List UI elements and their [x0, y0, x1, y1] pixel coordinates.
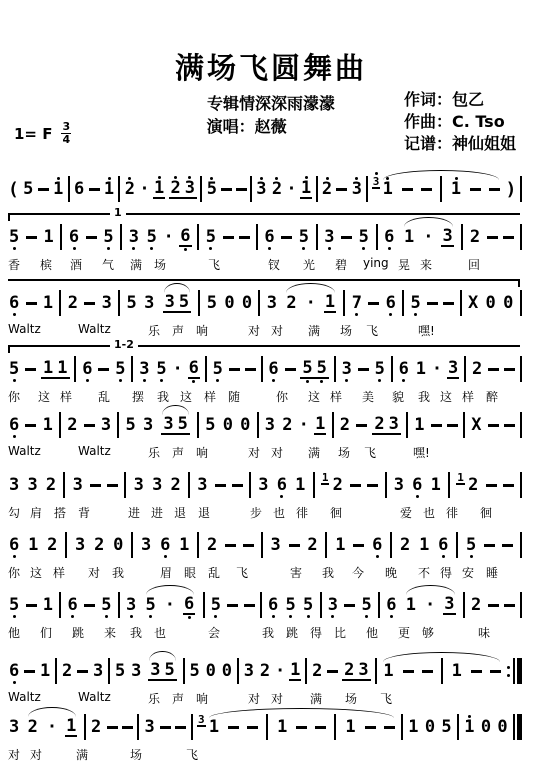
note-digit: 1 [300, 180, 312, 199]
note-token: 3 [264, 412, 276, 439]
note-token: 2 [61, 658, 73, 685]
barline [313, 472, 315, 498]
note-digit: 5 [298, 229, 310, 246]
note-token: 2 [46, 532, 58, 559]
duration-dash [486, 484, 497, 487]
augmentation-dot: · [47, 717, 57, 737]
duration-dash [90, 484, 101, 487]
note-token: 2 [470, 592, 482, 619]
octave-dot-below [13, 614, 16, 619]
octave-dot-below [119, 378, 122, 383]
lyric-syllable: 也 [423, 504, 435, 521]
lyric-syllable: 眼 [184, 564, 196, 581]
duration-dash [503, 236, 514, 239]
duration-dash [239, 236, 250, 239]
lyric-syllable: 样 [204, 388, 216, 405]
lyric-syllable: 对 [248, 690, 260, 707]
note-digit: 3 [327, 597, 339, 614]
lyric-syllable: 响 [196, 322, 208, 339]
octave-dot-below [470, 554, 473, 559]
song-title: 满场飞圆舞曲 [0, 46, 542, 87]
note-token: 1 [153, 175, 165, 204]
duration-dash [488, 368, 499, 371]
note-token: 1 [42, 412, 54, 439]
note-token: 3 [323, 224, 335, 251]
barline [60, 224, 62, 250]
duration-dash [225, 544, 236, 547]
augmentation-dot: · [306, 293, 316, 313]
note-token: 5 [212, 356, 224, 383]
lyric-syllable: 乐 [148, 322, 160, 339]
barline [260, 592, 262, 618]
lyric-syllable: 场 [340, 322, 352, 339]
note-digit: 1 [463, 719, 475, 736]
note-digit: 2 [306, 537, 318, 554]
barline [197, 532, 199, 558]
music-score: (51612·123532·123311)1516535·65653561·32… [8, 172, 522, 764]
duration-dash [227, 604, 238, 607]
lyric-syllable: 退 [198, 504, 210, 521]
lyrics-row: WaltzWaltz乐声响对对满场飞嘿! [8, 442, 522, 462]
notes-row: 5116535·656553561·32 [8, 352, 522, 386]
duration-dash [336, 188, 347, 191]
barline [332, 412, 334, 438]
note-token: 0 [112, 532, 124, 559]
score-line: 1516535·65653561·32香槟酒气满场飞钗光碧ying晃来回 [8, 210, 522, 274]
note-token: 0 [480, 714, 492, 741]
note-token: 6 [67, 592, 79, 619]
beam-group: 23 [342, 657, 371, 686]
barline [520, 472, 522, 498]
octave-dot-below [390, 614, 393, 619]
note-digit: 0 [480, 719, 492, 736]
note-digit: 0 [485, 295, 497, 312]
lyrics-row: 你这样对我眉眼乱飞害我今晚不得安睡 [8, 562, 522, 582]
note-token: 1 [208, 714, 220, 741]
note-token: 3 [130, 658, 142, 685]
notes-row: 516535·656553561·32 [8, 588, 522, 622]
note-digit: 1 [382, 663, 394, 680]
note-token: 2 [170, 472, 182, 499]
lyric-syllable: 得 [310, 624, 322, 641]
lyric-syllable: 徊 [330, 504, 342, 521]
duration-dash [84, 302, 95, 305]
note-token: 6 [68, 224, 80, 251]
lyric-syllable: 声 [172, 444, 184, 461]
lyrics-row: WaltzWaltz乐声响对对满场飞嘿! [8, 320, 522, 340]
lyric-syllable: 进 [151, 504, 163, 521]
note-token: 1 [407, 714, 419, 741]
duration-dash [25, 368, 36, 371]
note-digit: 5 [361, 597, 373, 614]
lyric-syllable: 响 [196, 690, 208, 707]
duration-dash [503, 484, 514, 487]
barline [440, 176, 442, 202]
octave-dot-below [13, 312, 16, 317]
note-token: 1 [300, 175, 312, 204]
lyric-syllable: 得 [440, 564, 452, 581]
note-digit: 3 [74, 537, 86, 554]
lyric-syllable: 满 [308, 444, 320, 461]
note-token: 2 [45, 472, 57, 499]
note-digit: 2 [124, 181, 136, 198]
barline [237, 658, 239, 684]
note-token: 3 [143, 290, 155, 317]
lyric-syllable: 这 [440, 388, 452, 405]
lyric-syllable: 飞 [380, 690, 392, 707]
note-token: 3 [387, 411, 401, 440]
lyric-syllable: 你 [8, 564, 20, 581]
note-digit: 5 [206, 181, 218, 198]
note-token: 1 [178, 532, 190, 559]
octave-dot-below [378, 378, 381, 383]
time-denominator: 4 [62, 134, 70, 146]
note-token: 1 [42, 592, 54, 619]
barline [261, 532, 263, 558]
score-line: 1-25116535·656553561·32你这样乱摆我这样随你这样美貌我这样… [8, 342, 522, 406]
duration-dash [384, 726, 395, 729]
note-digit: 6 [371, 537, 383, 554]
note-digit: 5 [300, 360, 314, 379]
note-digit: 3 [196, 477, 208, 494]
thick-barline [517, 714, 522, 740]
note-digit: 1 [208, 719, 220, 736]
note-digit: 5 [440, 719, 452, 736]
note-digit: 3 [133, 477, 145, 494]
barline [59, 412, 61, 438]
note-token: 5 [205, 224, 217, 251]
note-digit: 3 [341, 361, 353, 378]
duration-dash [487, 236, 498, 239]
duration-dash [296, 726, 307, 729]
note-token: 2 [471, 356, 483, 383]
note-token: 6 [437, 532, 449, 559]
augmentation-dot: · [423, 227, 433, 247]
octave-dot-below [160, 378, 163, 383]
duration-dash [341, 236, 352, 239]
note-token: 5 [100, 592, 112, 619]
lyric-syllable: 飞 [366, 322, 378, 339]
barline [197, 412, 199, 438]
lyric-syllable: Waltz [78, 444, 111, 458]
barline [63, 472, 65, 498]
note-token: 1 [382, 176, 394, 203]
duration-dash [488, 604, 499, 607]
barline [84, 714, 86, 740]
note-digit: 2 [285, 295, 297, 312]
octave-dot-below [71, 614, 74, 619]
note-digit: 5 [146, 229, 158, 246]
lyric-syllable: 场 [338, 444, 350, 461]
duration-dash [281, 236, 292, 239]
tie-slur-group: 2·1 [25, 713, 80, 742]
note-digit: 6 [276, 477, 288, 494]
barline [131, 532, 133, 558]
note-digit: 2 [27, 719, 39, 736]
octave-dot-below [216, 378, 219, 383]
note-digit: 1 [65, 718, 77, 737]
note-digit: 1 [321, 472, 330, 485]
octave-dot-below [414, 312, 417, 317]
note-token: 5 [409, 290, 421, 317]
note-token: 5 [210, 592, 222, 619]
duration-dash [26, 604, 37, 607]
augmentation-dot: · [275, 661, 285, 681]
note-digit: 1 [430, 477, 442, 494]
note-token: 1 [344, 714, 356, 741]
lyric-syllable: 样 [330, 388, 342, 405]
duration-dash [421, 188, 432, 191]
duration-dash [488, 424, 499, 427]
note-token: 5 [374, 356, 386, 383]
barline [266, 714, 268, 740]
lyric-syllable: 会 [208, 624, 220, 641]
note-digit: 5 [315, 360, 329, 379]
note-digit: 5 [8, 361, 20, 378]
note-token: 3 [351, 176, 363, 203]
grace-note: 1 [456, 467, 465, 490]
beam-group: 55 [300, 355, 329, 384]
lyric-syllable: 对 [271, 322, 283, 339]
tie-slur-group: 1·3 [401, 223, 456, 252]
lyric-syllable: 今 [352, 564, 364, 581]
note-digit: 1 [418, 537, 430, 554]
octave-dot-below [105, 614, 108, 619]
time-signature: 3 4 [61, 121, 71, 146]
duration-dash [77, 670, 88, 673]
note-digit: 0 [205, 663, 217, 680]
note-digit: 3 [183, 180, 197, 199]
duration-dash [353, 544, 364, 547]
augmentation-dot: · [165, 595, 175, 615]
beam-group: 23 [372, 411, 401, 440]
score-line: 32·1233111105100对对满场飞 [8, 710, 522, 764]
octave-dot-below [362, 246, 365, 251]
duration-dash [504, 368, 515, 371]
lyric-syllable: 比 [334, 624, 346, 641]
barline [183, 658, 185, 684]
note-digit: 6 [8, 663, 20, 680]
barline [456, 532, 458, 558]
lyric-syllable: 也 [273, 504, 285, 521]
lyric-syllable: 样 [462, 388, 474, 405]
note-digit: 6 [159, 537, 171, 554]
score-line: 516535·656553561·32他们跳来我也会我跳得比他更够味 [8, 588, 522, 642]
note-digit: 7 [351, 295, 363, 312]
note-token: 5 [315, 355, 329, 384]
octave-dot-below [442, 554, 445, 559]
note-token: 0 [205, 658, 217, 685]
note-digit: 6 [73, 181, 85, 198]
lyric-syllable: 对 [271, 444, 283, 461]
duration-dash [504, 604, 515, 607]
note-digit: 2 [169, 180, 183, 199]
duration-dash [315, 726, 326, 729]
note-digit: 5 [189, 663, 201, 680]
note-digit: 2 [399, 537, 411, 554]
lyric-syllable: 晃 [398, 256, 410, 273]
note-token: 1 [39, 658, 51, 685]
note-token: 6 [276, 472, 288, 499]
key-time-signature: 1= F 3 4 [14, 121, 71, 146]
duration-dash [84, 604, 95, 607]
barline [520, 532, 522, 558]
note-digit: 3 [441, 228, 453, 247]
octave-dot-below [13, 554, 16, 559]
volta-bracket-line [8, 279, 520, 287]
note-digit: 3 [447, 360, 459, 379]
note-digit: 3 [161, 416, 175, 435]
note-digit: 5 [204, 417, 216, 434]
octave-dot-below [302, 246, 305, 251]
beam-group: 35 [148, 657, 177, 686]
octave-dot-below [376, 554, 379, 559]
lyrics-row: 香槟酒气满场飞钗光碧ying晃来回 [8, 254, 522, 274]
lyric-syllable: 飞 [364, 444, 376, 461]
lyric-syllable: 这 [30, 564, 42, 581]
note-token: 6 [188, 355, 200, 384]
note-digit: 6 [398, 361, 410, 378]
lyric-syllable: 对 [30, 746, 42, 763]
note-digit: 6 [183, 596, 195, 615]
lyric-syllable: 场 [154, 256, 166, 273]
duration-dash [471, 670, 482, 673]
note-digit: 3 [257, 477, 269, 494]
volta-label: 1-2 [110, 339, 138, 351]
octave-dot-below [214, 614, 217, 619]
octave-dot-below [388, 246, 391, 251]
note-token: 2 [259, 658, 271, 685]
note-digit: 6 [385, 597, 397, 614]
note-digit: 6 [383, 229, 395, 246]
octave-dot-below [389, 312, 392, 317]
note-token: 6 [385, 592, 397, 619]
parenthesis: ) [505, 179, 516, 200]
octave-dot-below [192, 379, 195, 384]
barline [320, 592, 322, 618]
note-token: 3 [143, 714, 155, 741]
lyric-syllable: 嘿! [413, 444, 430, 461]
note-digit: 1 [103, 181, 115, 198]
note-digit: 1 [415, 361, 427, 378]
note-digit: 1 [405, 597, 417, 614]
duration-dash [402, 188, 413, 191]
octave-dot-below [13, 246, 16, 251]
volta-bracket: 1 [8, 210, 522, 220]
augmentation-dot: · [139, 179, 149, 199]
octave-dot-below [320, 379, 323, 384]
octave-dot-below [132, 246, 135, 251]
note-digit: 3 [125, 597, 137, 614]
note-token: 5 [8, 356, 20, 383]
augmentation-dot: · [173, 359, 183, 379]
note-token: 5 [206, 176, 218, 203]
augmentation-dot: · [432, 359, 442, 379]
note-digit: 1 [178, 537, 190, 554]
lyric-syllable: 这 [180, 388, 192, 405]
note-token: 3 [128, 224, 140, 251]
note-digit: 3 [323, 229, 335, 246]
note-digit: 1 [39, 663, 51, 680]
note-digit: 5 [163, 662, 177, 681]
barline [448, 472, 450, 498]
note-token: 5 [440, 714, 452, 741]
note-digit: 0 [502, 295, 514, 312]
note-token: 6 [371, 532, 383, 559]
note-digit: 3 [163, 294, 177, 313]
lyric-syllable: 他 [8, 624, 20, 641]
note-token: 1 [413, 412, 425, 439]
augmentation-dot: · [425, 595, 435, 615]
duration-dash [215, 484, 226, 487]
barline [137, 714, 139, 740]
barline [65, 532, 67, 558]
note-digit: 2 [259, 663, 271, 680]
note-digit: 3 [197, 714, 206, 727]
note-token: 5 [176, 411, 190, 440]
lyric-syllable: 样 [60, 388, 72, 405]
note-token: 5 [22, 176, 34, 203]
octave-dot-below [164, 554, 167, 559]
lyric-syllable: 满 [130, 256, 142, 273]
octave-dot-below [86, 378, 89, 383]
duration-dash [26, 302, 37, 305]
score-line: 612320361232162165你这样对我眉眼乱飞害我今晚不得安睡 [8, 528, 522, 582]
note-token: 2 [281, 412, 293, 439]
note-digit: 5 [210, 597, 222, 614]
octave-dot-below [209, 246, 212, 251]
note-digit: 5 [212, 361, 224, 378]
lyric-syllable: 乐 [148, 444, 160, 461]
note-token: 3 [72, 472, 84, 499]
note-digit: 6 [263, 229, 275, 246]
note-digit: 2 [321, 181, 333, 198]
note-token: 1 [294, 472, 306, 499]
note-token: 6 [383, 224, 395, 251]
note-digit: 1 [42, 229, 54, 246]
lyrics-row: 他们跳来我也会我跳得比他更够味 [8, 622, 522, 642]
note-digit: 3 [101, 295, 113, 312]
note-token: 6 [263, 224, 275, 251]
note-digit: 1 [42, 597, 54, 614]
lyric-syllable: 这 [38, 388, 50, 405]
lyric-syllable: 香 [8, 256, 20, 273]
barline [441, 658, 443, 684]
lyric-syllable: 背 [78, 504, 90, 521]
duration-dash [221, 188, 232, 191]
barline [124, 472, 126, 498]
note-token: 3 [196, 472, 208, 499]
note-token: 2 [332, 472, 344, 499]
score-line: 332333233611236112勾肩搭背进进退退步也徘徊爱也徘徊 [8, 468, 522, 522]
note-token: 1 [382, 658, 394, 685]
note-digit: 6 [437, 537, 449, 554]
note-digit: 3 [8, 477, 20, 494]
note-token: 6 [159, 532, 171, 559]
lyric-syllable: 场 [130, 746, 142, 763]
thin-barline [513, 714, 515, 740]
note-token: 3 [266, 290, 278, 317]
lyric-syllable: 跳 [72, 624, 84, 641]
note-token: 1 [276, 714, 288, 741]
note-digit: 5 [302, 597, 314, 614]
barline [325, 532, 327, 558]
note-digit: 3 [72, 477, 84, 494]
barline [520, 412, 522, 438]
note-token: 0 [222, 412, 234, 439]
note-digit: 1 [324, 294, 336, 313]
note-digit: 3 [255, 181, 267, 198]
